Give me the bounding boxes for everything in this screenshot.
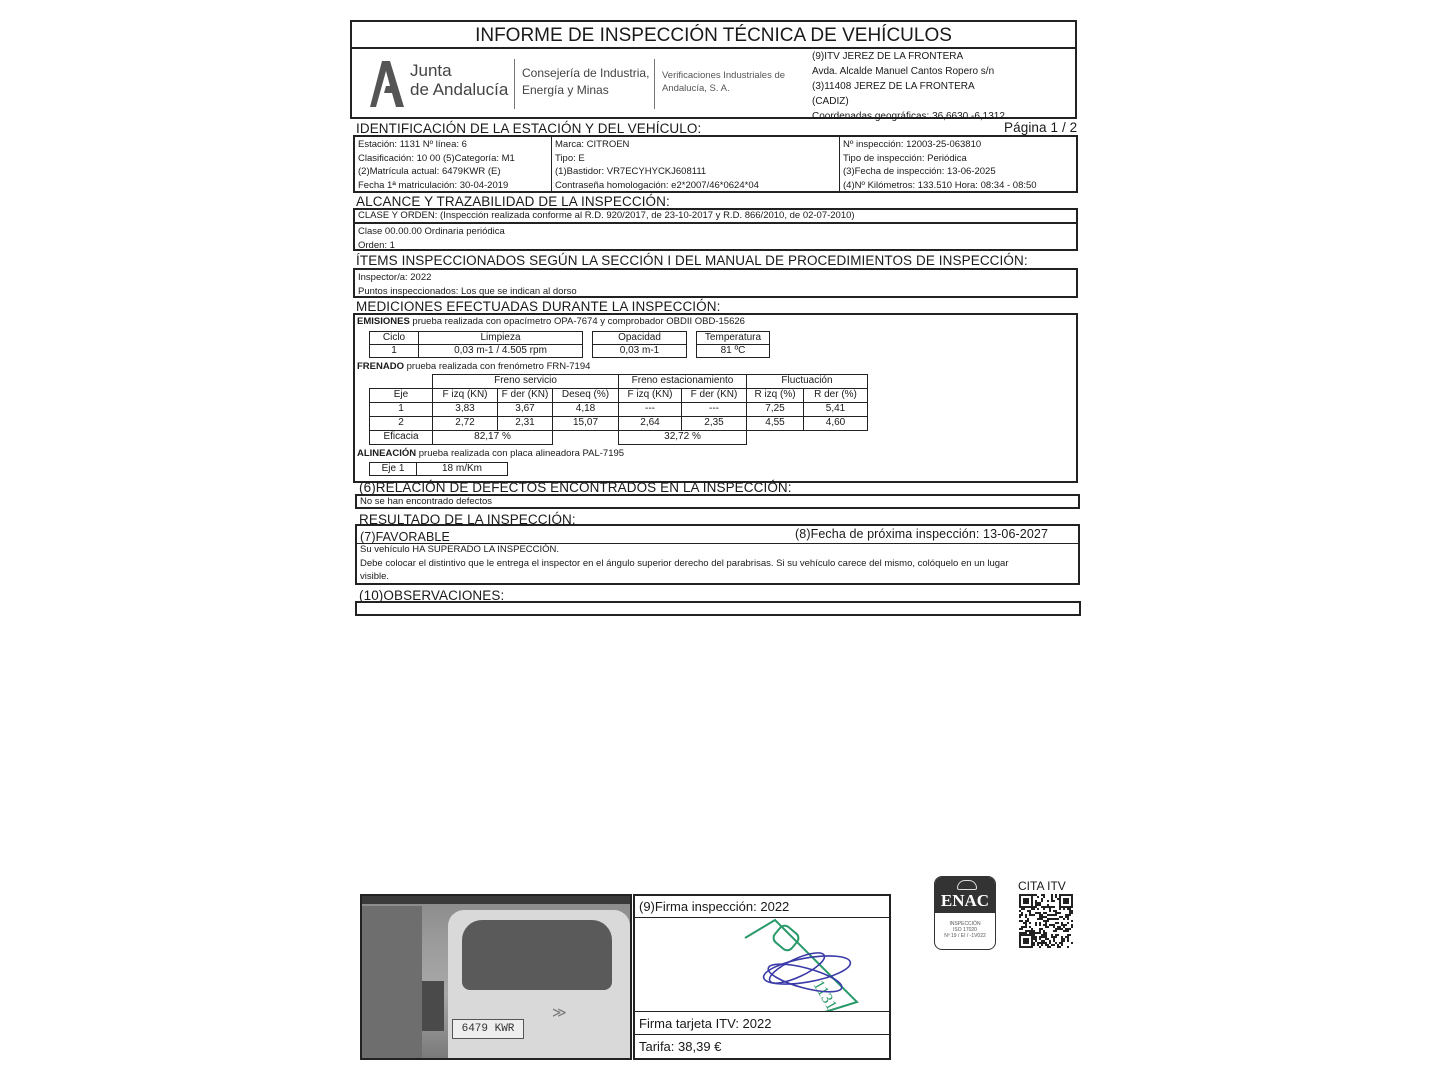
photo-background	[362, 906, 422, 1060]
qr-label: CITA ITV	[1018, 880, 1066, 893]
header-divider	[514, 59, 515, 109]
brake-cell: 2,35	[681, 416, 747, 431]
brake-cell: 2,72	[432, 416, 498, 431]
opacidad-value: 0,03 m-1	[592, 344, 687, 358]
km-and-time: (4)Nº Kilómetros: 133.510 Hora: 08:34 - …	[843, 179, 1073, 193]
qr-code-icon[interactable]	[1019, 894, 1073, 948]
station-column: Estación: 1131 Nº línea: 6 Clasificación…	[355, 137, 551, 191]
defectos-title: (6)RELACIÓN DE DEFECTOS ENCONTRADOS EN L…	[359, 481, 792, 495]
type: Tipo: E	[555, 152, 836, 166]
inspection-date: (3)Fecha de inspección: 13-06-2025	[843, 165, 1073, 179]
brake-column-header: Eje	[369, 388, 433, 403]
items-box: Inspector/a: 2022 Puntos inspeccionados:…	[353, 268, 1078, 298]
citroen-logo-icon: ≫	[552, 1004, 567, 1021]
observaciones-box	[355, 601, 1081, 616]
brake-cell: 2	[369, 416, 433, 431]
frenado-desc: FRENADO prueba realizada con frenómetro …	[357, 361, 590, 373]
brake-column-header: R der (%)	[803, 388, 868, 403]
brake-column-header: F izq (KN)	[618, 388, 682, 403]
enac-header: ENAC	[935, 877, 995, 913]
homologation: Contraseña homologación: e2*2007/46*0624…	[555, 179, 836, 193]
brake-column-header: F izq (KN)	[432, 388, 498, 403]
eficacia-label: Eficacia	[369, 430, 433, 445]
enac-badge: ENAC INSPECCIÓN ISO 17020 Nº 19 / EI / -…	[934, 876, 996, 950]
inspection-column: Nº inspección: 12003-25-063810 Tipo de i…	[839, 137, 1076, 191]
logo-line1: Junta	[410, 61, 508, 80]
brake-cell: ---	[618, 402, 682, 417]
resultado-value: (7)FAVORABLE	[360, 530, 450, 544]
eficacia-servicio: 82,17 %	[432, 430, 553, 445]
vehicle-photo: 6479 KWR ≫	[360, 894, 632, 1060]
junta-logo-text: Junta de Andalucía	[410, 61, 508, 99]
station-province: (CADIZ)	[812, 94, 1005, 109]
inspector: Inspector/a: 2022	[358, 271, 1073, 285]
station-address: (9)ITV JEREZ DE LA FRONTERA Avda. Alcald…	[812, 49, 1005, 124]
station-city: (3)11408 JEREZ DE LA FRONTERA	[812, 79, 1005, 94]
brake-cell: 1	[369, 402, 433, 417]
alineacion-eje: Eje 1	[369, 462, 417, 476]
brake-cell: 2,31	[497, 416, 553, 431]
items-title: ÍTEMS INSPECCIONADOS SEGÚN LA SECCIÓN I …	[356, 254, 1028, 268]
limpieza-value: 0,03 m-1 / 4.505 rpm	[418, 344, 583, 358]
alcance-box: CLASE Y ORDEN: (Inspección realizada con…	[353, 208, 1078, 251]
photo-timestamp-bar	[362, 896, 630, 904]
temperatura-header: Temperatura	[696, 331, 770, 345]
signature-box: (9)Firma inspección: 2022 1131 Firma tar…	[633, 894, 891, 1060]
identification-table: Estación: 1131 Nº línea: 6 Clasificación…	[353, 135, 1078, 193]
opacidad-header: Opacidad	[592, 331, 687, 345]
next-inspection-date: (8)Fecha de próxima inspección: 13-06-20…	[795, 527, 1048, 541]
license-plate: 6479 KWR	[452, 1019, 524, 1039]
brake-cell: 4,18	[552, 402, 619, 417]
inspected-points: Puntos inspeccionados: Los que se indica…	[358, 285, 1073, 299]
brake-cell: 3,67	[497, 402, 553, 417]
orden: Orden: 1	[358, 239, 395, 253]
resultado-line3: visible.	[360, 570, 1075, 584]
identification-title: IDENTIFICACIÓN DE LA ESTACIÓN Y DEL VEHÍ…	[356, 122, 701, 136]
station-street: Avda. Alcalde Manuel Cantos Ropero s/n	[812, 64, 1005, 79]
header-divider	[654, 59, 655, 109]
brake-cell: 4,60	[803, 416, 868, 431]
fluctuacion-header: Fluctuación	[746, 374, 868, 389]
junta-andalucia-logo-icon	[368, 59, 408, 109]
consejeria-text: Consejería de Industria, Energía y Minas	[522, 65, 649, 99]
first-registration: Fecha 1ª matriculación: 30-04-2019	[358, 179, 548, 193]
clase: Clase 00.00.00 Ordinaria periódica	[358, 225, 505, 239]
station-coordinates: Coordenadas geográficas: 36,6630 -6,1312	[812, 109, 1005, 124]
brake-column-header: F der (KN)	[497, 388, 553, 403]
firma-tarjeta: Firma tarjeta ITV: 2022	[635, 1011, 889, 1035]
header-block: Junta de Andalucía Consejería de Industr…	[350, 47, 1077, 119]
classification: Clasificación: 10 00 (5)Categoría: M1	[358, 152, 548, 166]
alineacion-desc: ALINEACIÓN prueba realizada con placa al…	[357, 448, 624, 460]
frenado-label: FRENADO	[357, 361, 404, 372]
eficacia-estacionamiento: 32,72 %	[618, 430, 747, 445]
ciclo-header: Ciclo	[369, 331, 419, 345]
document-title: INFORME DE INSPECCIÓN TÉCNICA DE VEHÍCUL…	[350, 20, 1077, 48]
official-stamp-icon: 1131	[735, 918, 865, 1012]
station-name: (9)ITV JEREZ DE LA FRONTERA	[812, 49, 1005, 64]
resultado-body: Su vehículo HA SUPERADO LA INSPECCIÓN. D…	[355, 543, 1080, 585]
brake-cell: 5,41	[803, 402, 868, 417]
van-window	[462, 920, 612, 990]
emisiones-desc: EMISIONES prueba realizada con opacímetr…	[357, 316, 745, 328]
logo-line2: de Andalucía	[410, 80, 508, 99]
brand: Marca: CITROEN	[555, 138, 836, 152]
verif-line1: Verificaciones Industriales de	[662, 69, 785, 82]
mediciones-title: MEDICIONES EFECTUADAS DURANTE LA INSPECC…	[356, 300, 720, 314]
stamp-number: 1131	[810, 978, 840, 1013]
plate: (2)Matrícula actual: 6479KWR (E)	[358, 165, 548, 179]
brake-column-header: F der (KN)	[681, 388, 747, 403]
clase-orden: CLASE Y ORDEN: (Inspección realizada con…	[355, 210, 1076, 224]
freno-servicio-header: Freno servicio	[432, 374, 619, 389]
mediciones-box: EMISIONES prueba realizada con opacímetr…	[353, 313, 1078, 483]
vehicle-column: Marca: CITROEN Tipo: E (1)Bastidor: VR7E…	[551, 137, 839, 191]
brake-cell: 2,64	[618, 416, 682, 431]
page-number: Página 1 / 2	[1004, 121, 1077, 135]
limpieza-header: Limpieza	[418, 331, 583, 345]
frenado-text: prueba realizada con frenómetro FRN-7194	[404, 361, 590, 372]
brake-cell: 15,07	[552, 416, 619, 431]
defectos-box: No se han encontrado defectos	[355, 494, 1080, 509]
brake-cell: 4,55	[746, 416, 804, 431]
verif-line2: Andalucía, S. A.	[662, 82, 785, 95]
brake-column-header: Deseq (%)	[552, 388, 619, 403]
resultado-line2: Debe colocar el distintivo que le entreg…	[360, 557, 1075, 571]
tarifa: Tarifa: 38,39 €	[635, 1036, 889, 1058]
alcance-title: ALCANCE Y TRAZABILIDAD DE LA INSPECCIÓN:	[356, 195, 670, 209]
enac-label: ENAC	[935, 891, 995, 911]
alineacion-text: prueba realizada con placa alineadora PA…	[416, 448, 624, 459]
consejeria-line2: Energía y Minas	[522, 82, 649, 99]
inspection-number: Nº inspección: 12003-25-063810	[843, 138, 1073, 152]
resultado-header: (7)FAVORABLE (8)Fecha de próxima inspecc…	[355, 524, 1080, 544]
crown-icon	[957, 880, 977, 890]
alineacion-value: 18 m/Km	[416, 462, 508, 476]
brake-cell: 3,83	[432, 402, 498, 417]
inspection-type: Tipo de inspección: Periódica	[843, 152, 1073, 166]
freno-estacionamiento-header: Freno estacionamiento	[618, 374, 747, 389]
firma-inspeccion: (9)Firma inspección: 2022	[635, 896, 889, 918]
emisiones-text: prueba realizada con opacímetro OPA-7674…	[410, 316, 745, 327]
consejeria-line1: Consejería de Industria,	[522, 65, 649, 82]
emisiones-label: EMISIONES	[357, 316, 410, 327]
alineacion-label: ALINEACIÓN	[357, 448, 416, 459]
brake-column-header: R izq (%)	[746, 388, 804, 403]
vin: (1)Bastidor: VR7ECYHYCKJ608111	[555, 165, 836, 179]
station-line: Estación: 1131 Nº línea: 6	[358, 138, 548, 152]
resultado-line1: Su vehículo HA SUPERADO LA INSPECCIÓN.	[360, 543, 1075, 557]
enac-text: INSPECCIÓN ISO 17020 Nº 19 / EI / -1V022	[935, 921, 995, 939]
temperatura-value: 81 ºC	[696, 344, 770, 358]
ciclo-value: 1	[369, 344, 419, 358]
brake-cell: ---	[681, 402, 747, 417]
enac-line3: Nº 19 / EI / -1V022	[935, 933, 995, 939]
brake-cell: 7,25	[746, 402, 804, 417]
verificaciones-text: Verificaciones Industriales de Andalucía…	[662, 69, 785, 95]
